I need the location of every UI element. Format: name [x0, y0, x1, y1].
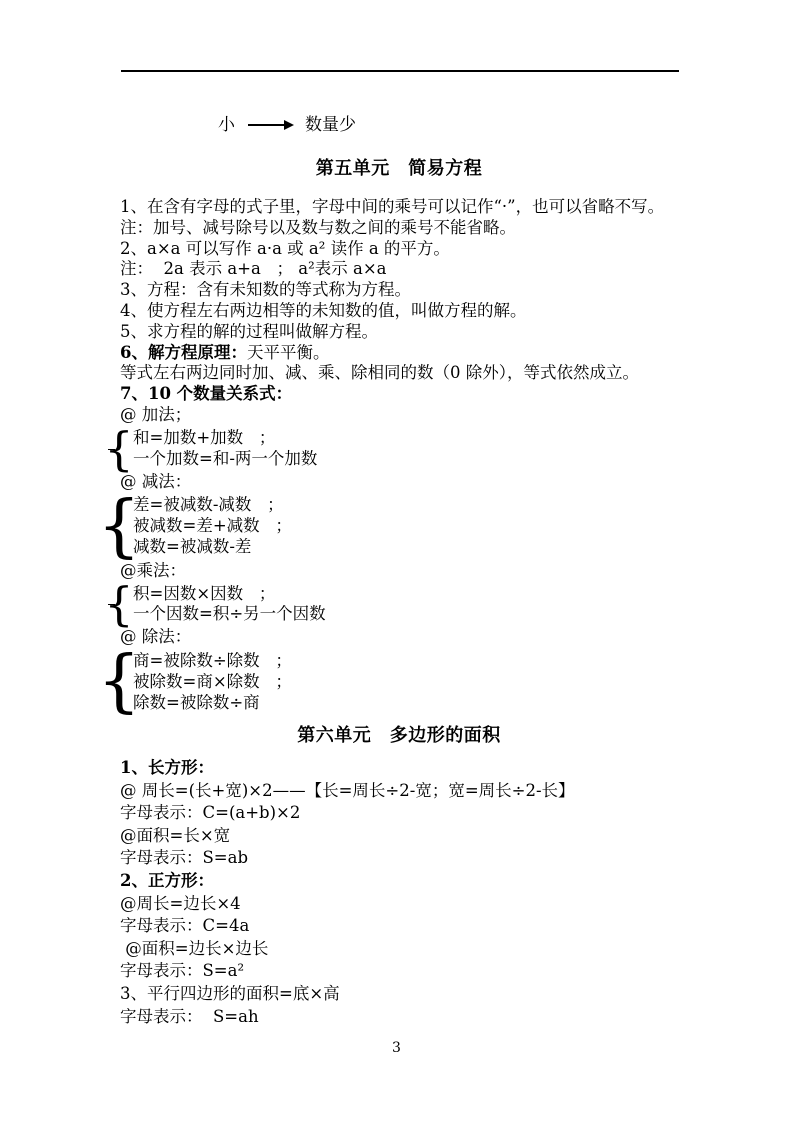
unit5-item-2: 2、a×a 可以写作 a·a 或 a² 读作 a 的平方。 — [120, 239, 740, 260]
unit5-item-4: 4、使方程左右两边相等的未知数的值，叫做方程的解。 — [120, 301, 740, 322]
rectangle-area-letter: 字母表示：S=ab — [120, 847, 740, 870]
document-page: 小 数量少 第五单元 简易方程 1、在含有字母的式子里，字母中间的乘号可以记作“… — [0, 0, 793, 1122]
subtraction-label: @ 减法： — [120, 472, 740, 493]
unit5-title: 第五单元 简易方程 — [120, 154, 678, 180]
unit5-item-3: 3、方程：含有未知数的等式称为方程。 — [120, 280, 740, 301]
multiplication-label: @乘法： — [120, 561, 740, 582]
right-arrow-icon — [248, 124, 292, 126]
unit5-note-1: 注：加号、减号除号以及数与数之间的乘号不能省略。 — [120, 218, 740, 239]
multiplication-formulas: 积=因数×因数 ； 一个因数=积÷另一个因数 — [133, 584, 326, 626]
header-rule — [121, 70, 679, 72]
parallelogram-area-letter: 字母表示： S=ah — [120, 1006, 740, 1029]
addition-label: @ 加法； — [120, 405, 740, 426]
division-label: @ 除法： — [120, 627, 740, 648]
formula-line: 除数=被除数÷商 — [133, 693, 292, 714]
unit5-item-6-definition: 天平平衡。 — [247, 343, 330, 362]
rectangle-area-formula: @面积=长×宽 — [120, 825, 740, 848]
left-brace-icon: { — [108, 426, 130, 472]
square-area-formula: @面积=边长×边长 — [120, 938, 740, 961]
unit6-title: 第六单元 多边形的面积 — [120, 721, 678, 747]
square-perimeter-formula: @周长=边长×4 — [120, 893, 740, 916]
unit5-note-2: 注： 2a 表示 a+a ； a²表示 a×a — [120, 259, 740, 280]
unit6-item-1: 1、长方形： — [120, 757, 740, 780]
formula-line: 差=被减数-减数 ； — [133, 495, 292, 516]
unit5-item-5: 5、求方程的解的过程叫做解方程。 — [120, 322, 740, 343]
left-brace-icon: { — [108, 581, 130, 627]
addition-formula-group: { 和=加数+加数 ； 一个加数=和-两一个加数 — [108, 426, 740, 472]
unit6-content: 1、长方形： @ 周长=(长+宽)×2——【长=周长÷2-宽；宽=周长÷2-长】… — [120, 757, 740, 1028]
division-formulas: 商=被除数÷除数 ； 被除数=商×除数 ； 除数=被除数÷商 — [133, 651, 292, 713]
unit5-item-1: 1、在含有字母的式子里，字母中间的乘号可以记作“·”，也可以省略不写。 — [120, 197, 740, 218]
unit5-item-7: 7、10 个数量关系式： — [120, 384, 740, 405]
size-quantity-note: 小 数量少 — [218, 114, 356, 136]
formula-line: 减数=被减数-差 — [133, 537, 292, 558]
formula-line: 被除数=商×除数 ； — [133, 672, 292, 693]
subtraction-formula-group: { 差=被减数-减数 ； 被减数=差+减数 ； 减数=被减数-差 — [108, 493, 740, 561]
parallelogram-area-formula: 3、平行四边形的面积=底×高 — [120, 983, 740, 1006]
formula-line: 一个加数=和-两一个加数 — [133, 449, 317, 470]
formula-line: 商=被除数÷除数 ； — [133, 651, 292, 672]
formula-line: 一个因数=积÷另一个因数 — [133, 604, 326, 625]
unit6-item-2: 2、正方形： — [120, 870, 740, 893]
left-brace-icon: { — [108, 648, 130, 716]
multiplication-formula-group: { 积=因数×因数 ； 一个因数=积÷另一个因数 — [108, 581, 740, 627]
division-formula-group: { 商=被除数÷除数 ； 被除数=商×除数 ； 除数=被除数÷商 — [108, 648, 740, 716]
formula-line: 被减数=差+减数 ； — [133, 516, 292, 537]
page-number: 3 — [0, 1040, 793, 1056]
note-right-text: 数量少 — [305, 114, 356, 136]
square-perimeter-letter: 字母表示：C=4a — [120, 915, 740, 938]
unit5-item-6-term: 6、解方程原理： — [120, 343, 247, 362]
note-left-text: 小 — [218, 114, 235, 136]
square-area-letter: 字母表示：S=a² — [120, 960, 740, 983]
left-brace-icon: { — [108, 493, 130, 561]
unit5-content: 1、在含有字母的式子里，字母中间的乘号可以记作“·”，也可以省略不写。 注：加号… — [120, 197, 740, 716]
rectangle-perimeter-formula: @ 周长=(长+宽)×2——【长=周长÷2-宽；宽=周长÷2-长】 — [120, 780, 740, 803]
formula-line: 和=加数+加数 ； — [133, 428, 317, 449]
unit5-item-6-note: 等式左右两边同时加、减、乘、除相同的数（0 除外），等式依然成立。 — [120, 363, 740, 384]
subtraction-formulas: 差=被减数-减数 ； 被减数=差+减数 ； 减数=被减数-差 — [133, 495, 292, 557]
formula-line: 积=因数×因数 ； — [133, 584, 326, 605]
addition-formulas: 和=加数+加数 ； 一个加数=和-两一个加数 — [133, 428, 317, 470]
unit5-item-6: 6、解方程原理：天平平衡。 — [120, 343, 740, 364]
rectangle-perimeter-letter: 字母表示：C=(a+b)×2 — [120, 802, 740, 825]
